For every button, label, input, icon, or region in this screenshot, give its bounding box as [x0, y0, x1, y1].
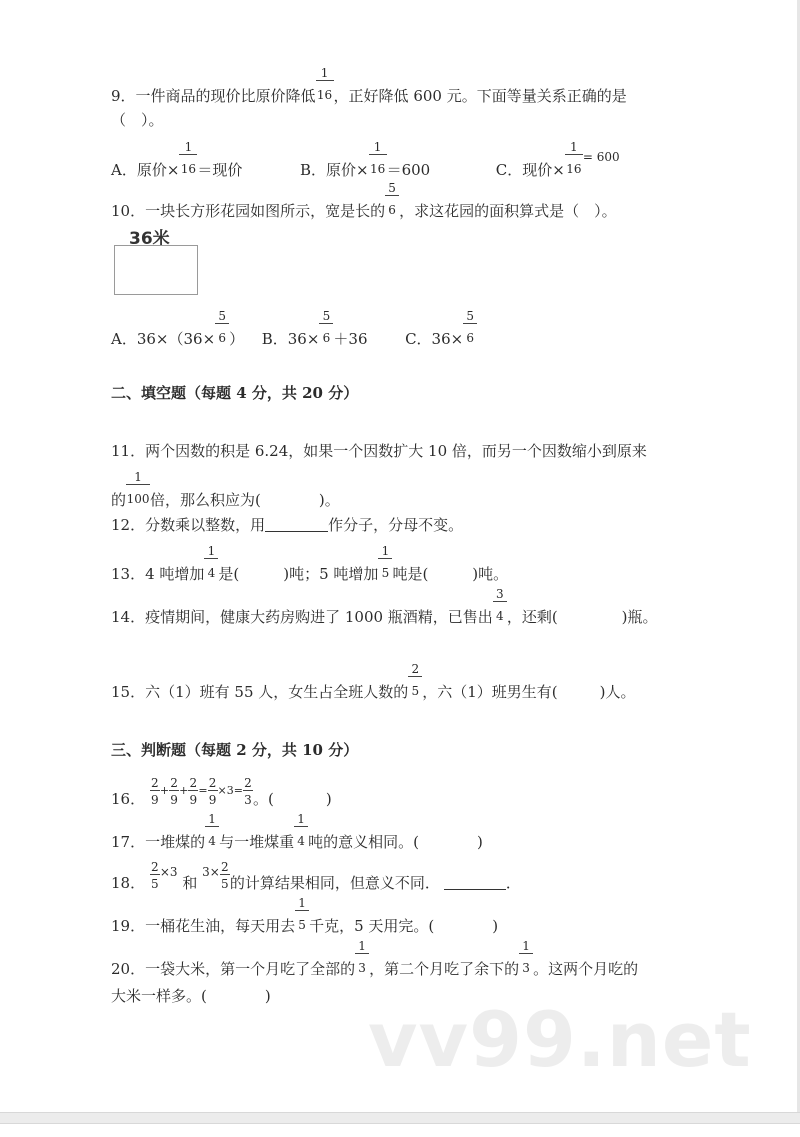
- question-9-options: A．原价×116＝现价 B．原价×116＝600 C．现价×116= 600: [111, 160, 620, 181]
- document-page: 9．一件商品的现价比原价降低116，正好降低 600 元。下面等量关系正确的是 …: [0, 0, 797, 1112]
- question-20: 20．一袋大米，第一个月吃了全部的13，第二个月吃了余下的13。这两个月吃的: [111, 959, 638, 979]
- question-14: 14．疫情期间，健康大药房购进了 1000 瓶酒精，已售出34，还剩()瓶。: [111, 607, 658, 627]
- answer-blank[interactable]: [265, 517, 328, 532]
- option-a[interactable]: A．36×（36×56）: [111, 330, 244, 348]
- question-15: 15．六（1）班有 55 人，女生占全班人数的25，六（1）班男生有()人。: [111, 682, 636, 702]
- question-9: 9．一件商品的现价比原价降低116，正好降低 600 元。下面等量关系正确的是: [111, 86, 627, 106]
- page-break: [0, 1112, 800, 1124]
- next-page: [0, 1124, 797, 1137]
- question-17: 17．一堆煤的14与一堆煤重14吨的意义相同。(): [111, 832, 483, 852]
- garden-rectangle-figure: [114, 245, 198, 295]
- q9-text: 9．一件商品的现价比原价降低: [111, 87, 316, 105]
- question-11-line2: 的1100倍，那么积应为()。: [111, 490, 340, 510]
- q9-text-end: ，正好降低 600 元。下面等量关系正确的是: [334, 87, 627, 105]
- question-9-line2: （ ）。: [111, 110, 164, 130]
- option-c[interactable]: C．36×56: [405, 330, 477, 348]
- question-12: 12．分数乘以整数，用作分子，分母不变。: [111, 515, 463, 535]
- section-heading-true-false: 三、判断题（每题 2 分，共 10 分）: [111, 740, 358, 760]
- question-18: 18． 25×3 和 3×25的计算结果相同，但意义不同．．: [111, 873, 521, 894]
- section-heading-fill-in: 二、填空题（每题 4 分，共 20 分）: [111, 383, 358, 403]
- question-19: 19．一桶花生油，每天用去15千克，5 天用完。(): [111, 916, 498, 936]
- question-16: 16． 29+29+29=29×3=23。(): [111, 789, 332, 811]
- question-13: 13．4 吨增加14是()吨；5 吨增加15吨是()吨。: [111, 564, 508, 584]
- watermark: vv99.net: [368, 995, 752, 1084]
- option-b[interactable]: B．36×56＋36: [262, 330, 368, 348]
- fraction: 116: [316, 90, 334, 104]
- question-11: 11．两个因数的积是 6.24，如果一个因数扩大 10 倍，而另一个因数缩小到原…: [111, 441, 647, 461]
- question-20-line2: 大米一样多。(): [111, 986, 271, 1006]
- option-c[interactable]: C．现价×116= 600: [496, 161, 620, 179]
- answer-blank[interactable]: [444, 875, 506, 890]
- question-10: 10．一块长方形花园如图所示，宽是长的56，求这花园的面积算式是（ ）。: [111, 201, 617, 221]
- question-10-options: A．36×（36×56） B．36×56＋36 C．36×56: [111, 329, 477, 349]
- option-a[interactable]: A．原价×116＝现价: [111, 161, 242, 179]
- option-b[interactable]: B．原价×116＝600: [300, 161, 430, 179]
